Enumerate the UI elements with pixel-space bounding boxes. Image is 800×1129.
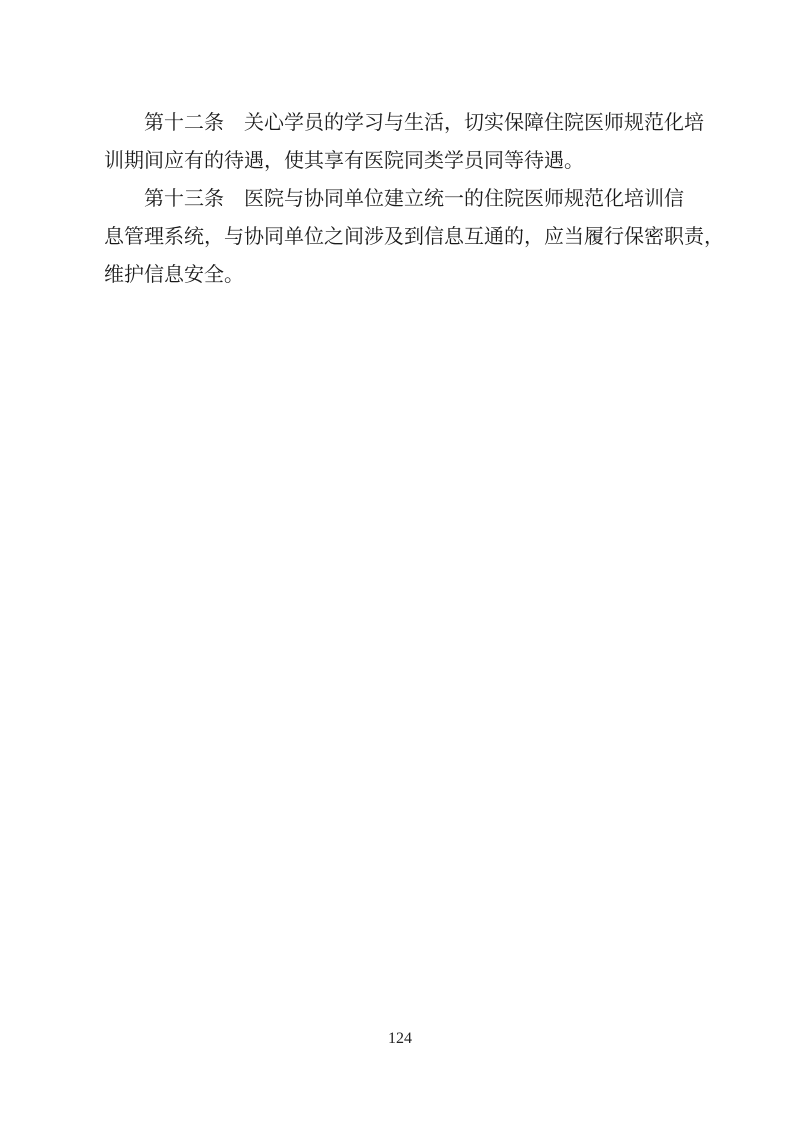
page-number: 124 — [0, 1030, 800, 1048]
article-text: 关心学员的学习与生活，切实保障住院医师规范化培 — [244, 110, 704, 134]
article-12-line-1: 第十二条关心学员的学习与生活，切实保障住院医师规范化培 — [144, 110, 704, 134]
document-page: 第十二条关心学员的学习与生活，切实保障住院医师规范化培 训期间应有的待遇，使其享… — [0, 0, 800, 1129]
article-13-line-1: 第十三条医院与协同单位建立统一的住院医师规范化培训信 — [144, 186, 684, 210]
article-number: 第十三条 — [144, 186, 224, 210]
article-12-line-2: 训期间应有的待遇，使其享有医院同类学员同等待遇。 — [104, 148, 584, 172]
article-number: 第十二条 — [144, 110, 224, 134]
article-13-line-3: 维护信息安全。 — [104, 262, 244, 286]
article-13-line-2: 息管理系统，与协同单位之间涉及到信息互通的，应当履行保密职责， — [104, 224, 724, 248]
article-text: 医院与协同单位建立统一的住院医师规范化培训信 — [244, 186, 684, 210]
